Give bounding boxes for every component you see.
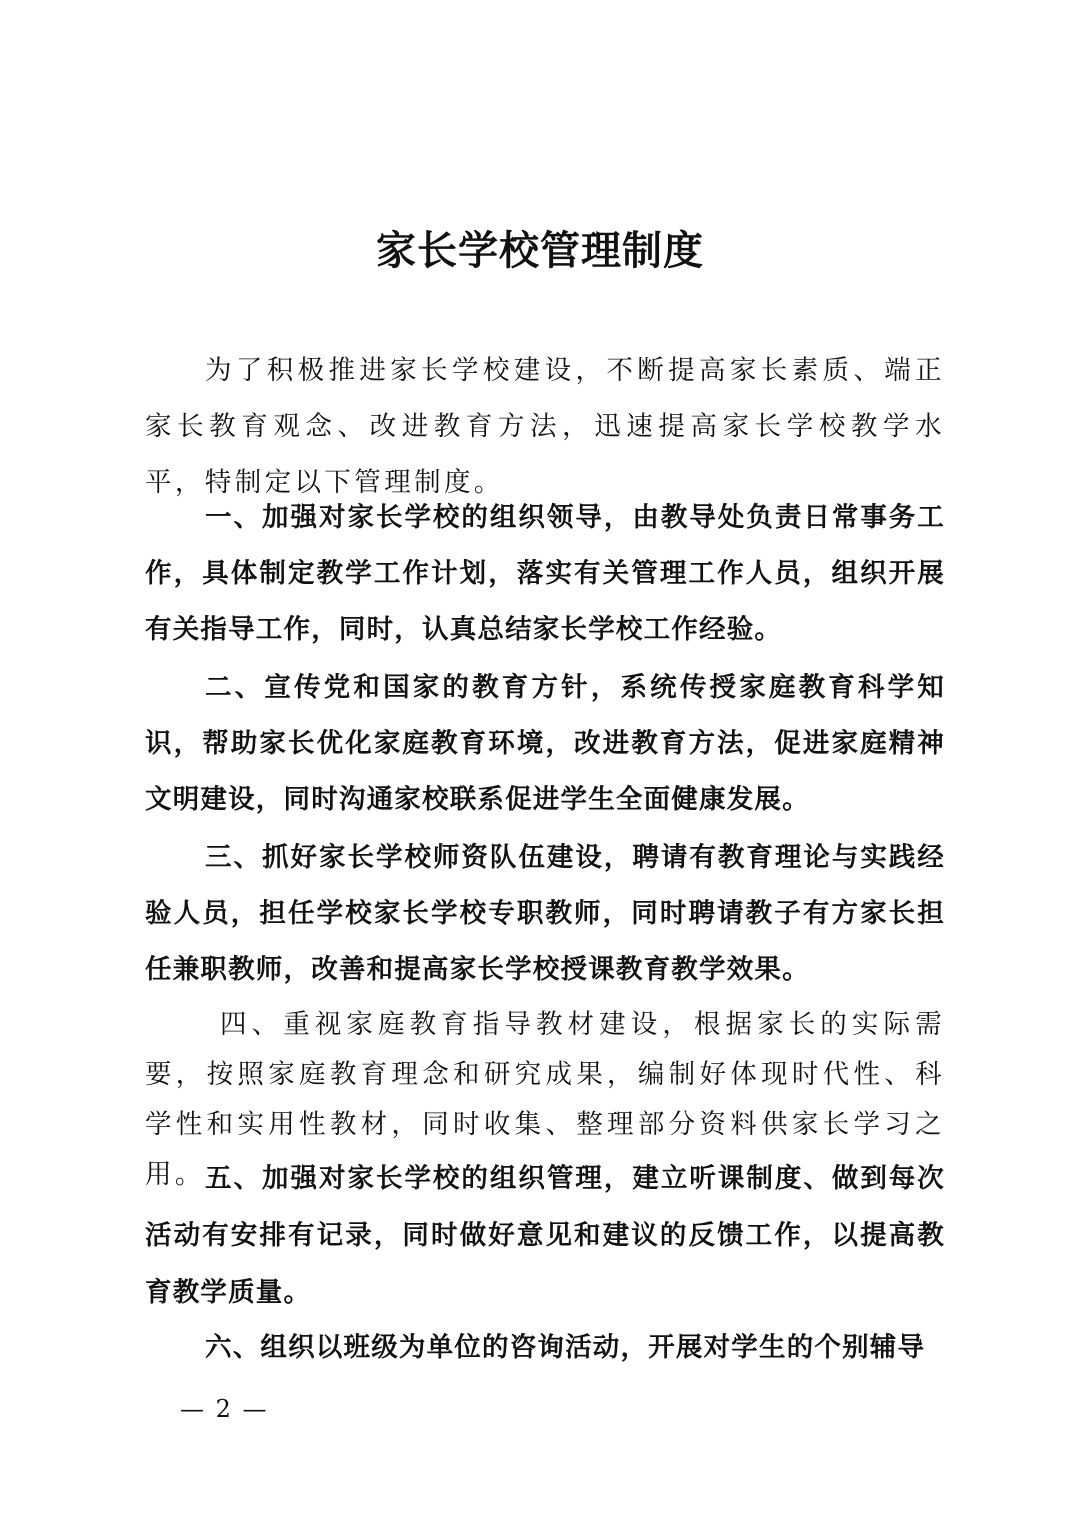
paragraph-item-3: 三、抓好家长学校师资队伍建设，聘请有教育理论与实践经验人员，担任学校家长学校专职… (145, 830, 945, 998)
document-page: 家长学校管理制度 为了积极推进家长学校建设，不断提高家长素质、端正家长教育观念、… (0, 0, 1080, 1527)
paragraph-item-2: 二、宣传党和国家的教育方针，系统传授家庭教育科学知识，帮助家长优化家庭教育环境，… (145, 660, 945, 828)
paragraph-item-5: 五、加强对家长学校的组织管理，建立听课制度、做到每次活动有安排有记录，同时做好意… (145, 1150, 945, 1321)
page-number: — 2 — (180, 1394, 269, 1424)
paragraph-intro: 为了积极推进家长学校建设，不断提高家长素质、端正家长教育观念、改进教育方法，迅速… (145, 343, 945, 511)
document-title: 家长学校管理制度 (0, 223, 1080, 279)
paragraph-item-6: 六、组织以班级为单位的咨询活动，开展对学生的个别辅导 (145, 1320, 945, 1376)
paragraph-item-1: 一、加强对家长学校的组织领导，由教导处负责日常事务工作，具体制定教学工作计划，落… (145, 490, 945, 658)
